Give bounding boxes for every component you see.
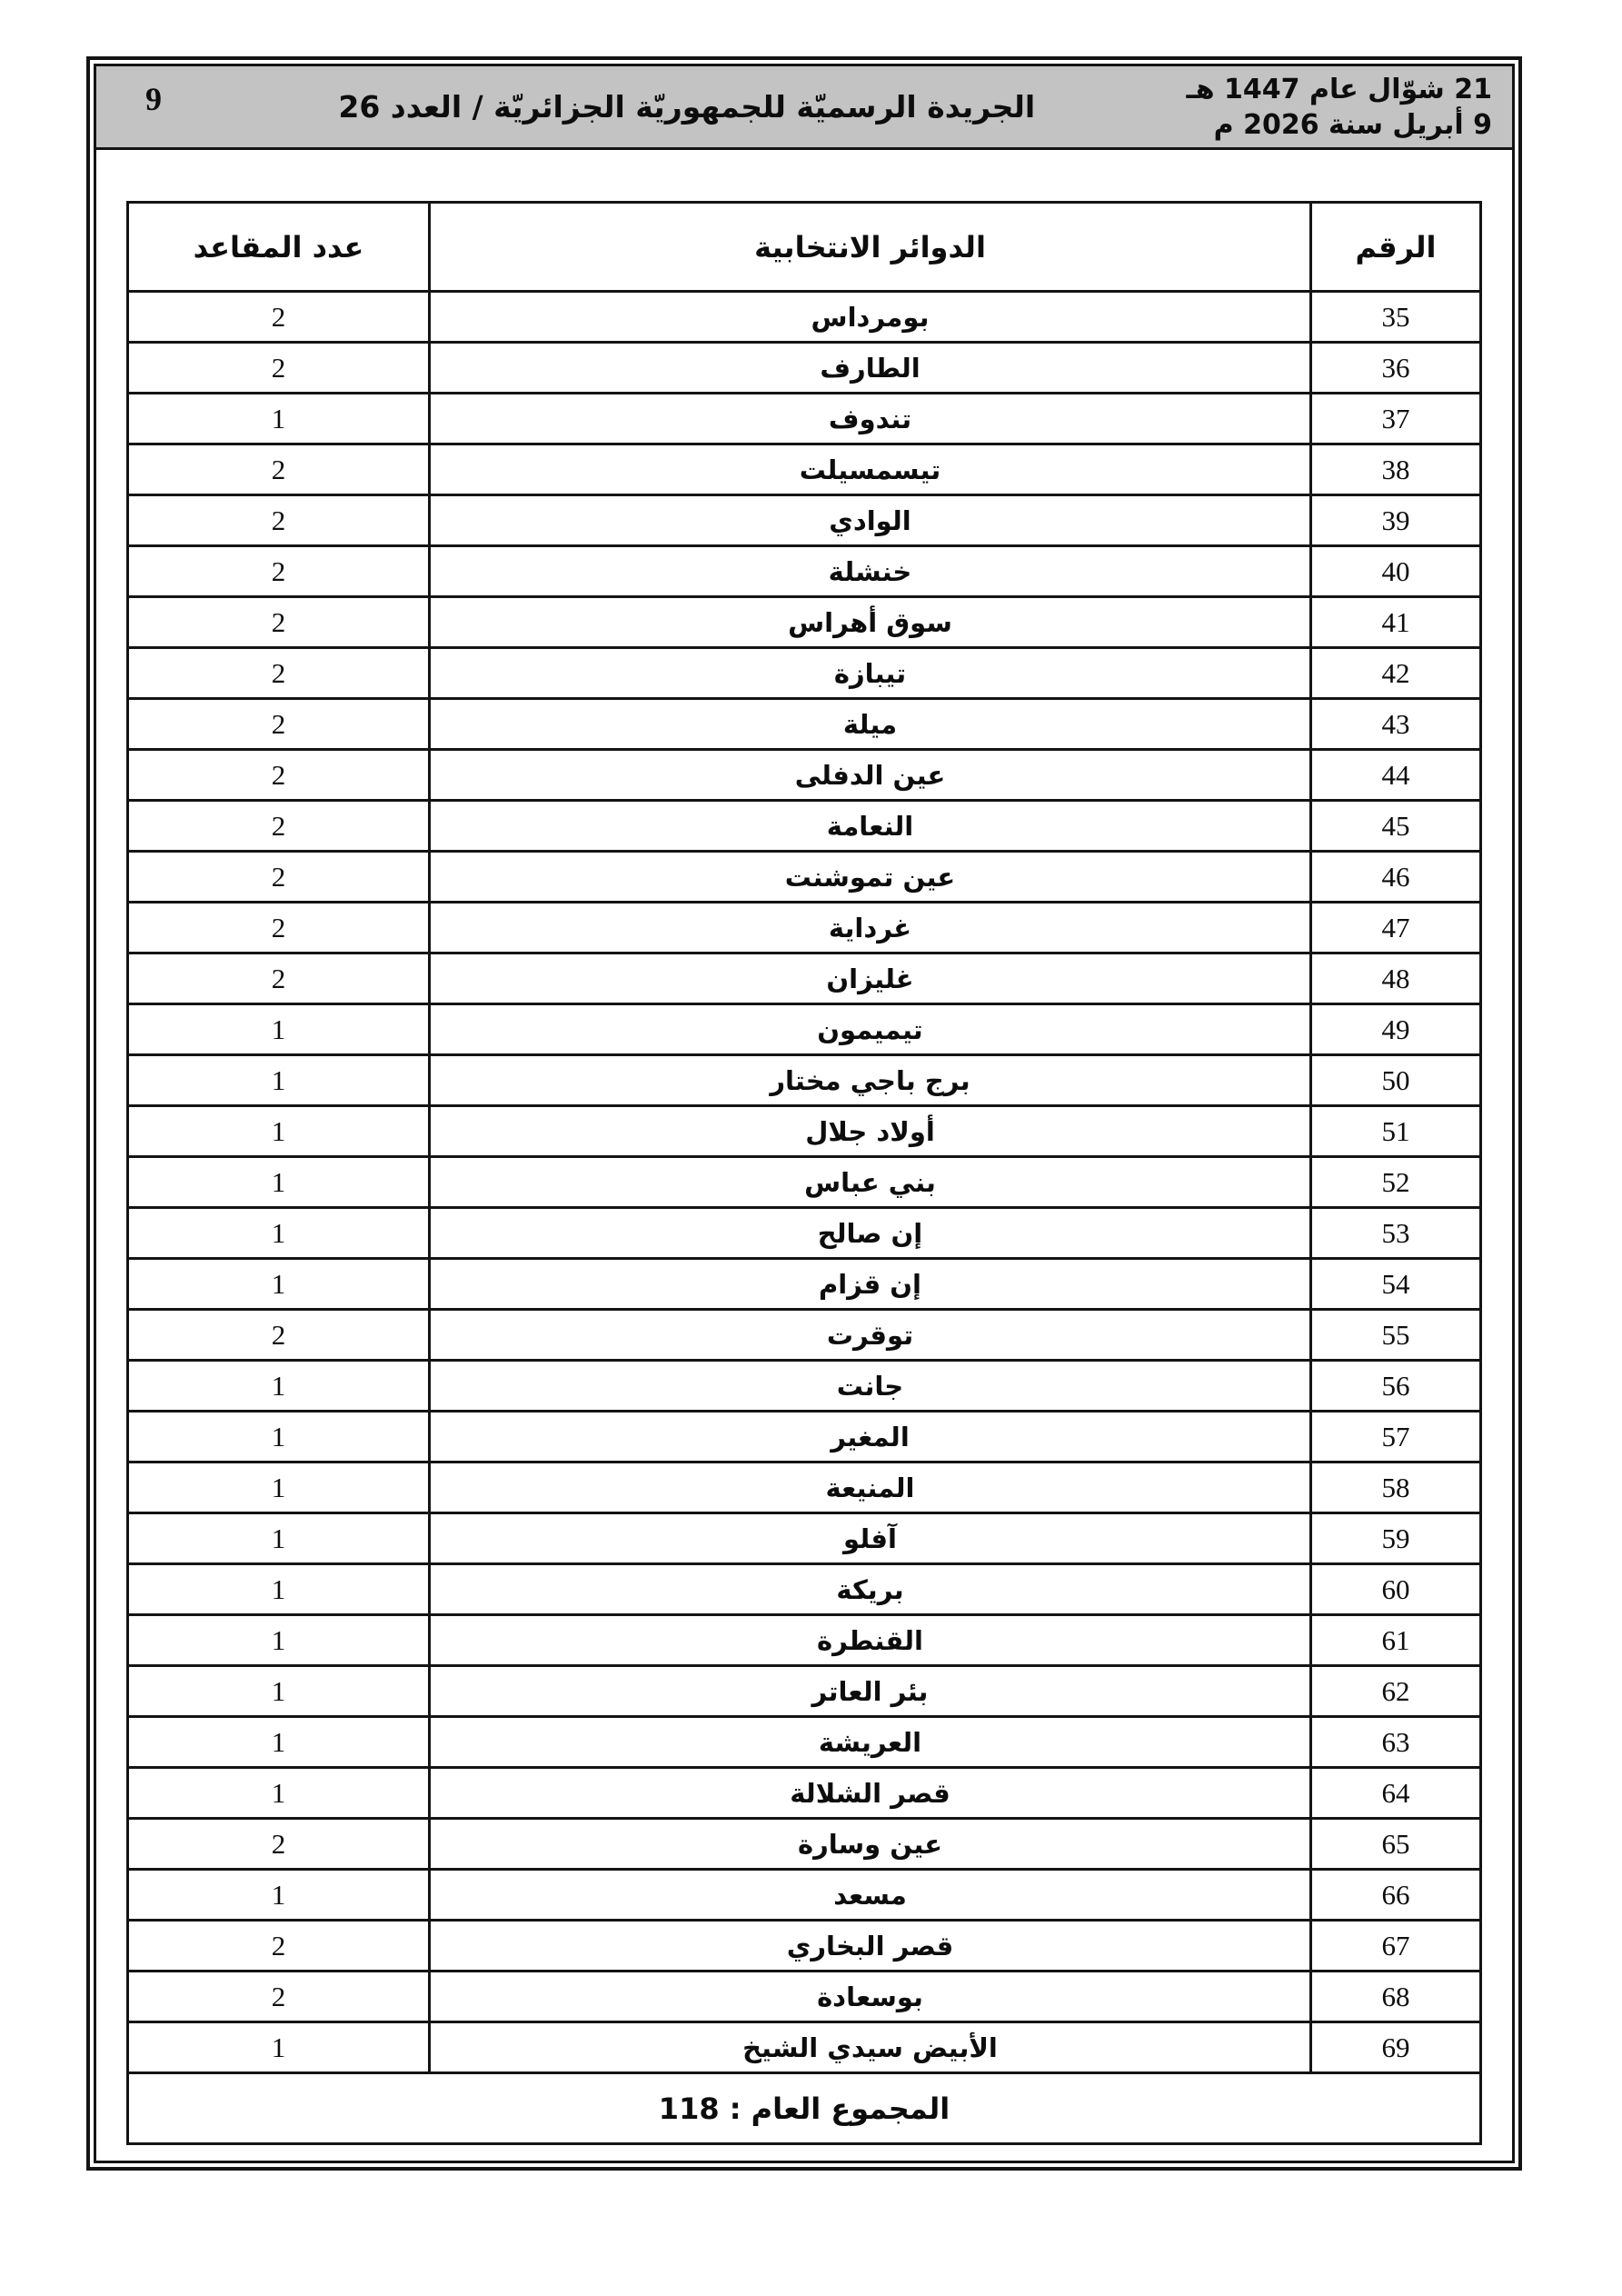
district-name-cell: برج باجي مختار (430, 1055, 1311, 1106)
district-name-cell: القنطرة (430, 1615, 1311, 1666)
table-row: 42 تيبازة 2 (128, 648, 1481, 699)
seat-count-cell: 2 (128, 343, 430, 394)
district-name-cell: المنيعة (430, 1462, 1311, 1513)
district-number-cell: 57 (1311, 1412, 1481, 1462)
header-district: الدوائر الانتخابية (430, 203, 1311, 292)
table-row: 46 عين تموشنت 2 (128, 852, 1481, 903)
seat-count-cell: 2 (128, 1972, 430, 2022)
gazette-page: 21 شوّال عام 1447 هـ 9 أبريل سنة 2026 م … (0, 0, 1622, 2296)
district-name-cell: إن صالح (430, 1208, 1311, 1259)
district-name-cell: تيبازة (430, 648, 1311, 699)
seat-count-cell: 1 (128, 1004, 430, 1055)
seat-count-cell: 1 (128, 1361, 430, 1412)
district-number-cell: 42 (1311, 648, 1481, 699)
district-name-cell: بومرداس (430, 292, 1311, 343)
district-name-cell: قصر البخاري (430, 1921, 1311, 1972)
district-number-cell: 56 (1311, 1361, 1481, 1412)
table-foot: المجموع العام : 118 (128, 2073, 1481, 2144)
page-double-border-frame: 21 شوّال عام 1447 هـ 9 أبريل سنة 2026 م … (86, 56, 1522, 2171)
district-name-cell: الأبيض سيدي الشيخ (430, 2022, 1311, 2073)
masthead-dates: 21 شوّال عام 1447 هـ 9 أبريل سنة 2026 م (1187, 72, 1499, 143)
district-number-cell: 35 (1311, 292, 1481, 343)
district-name-cell: عين وسارة (430, 1819, 1311, 1870)
seat-count-cell: 1 (128, 1208, 430, 1259)
masthead-band: 21 شوّال عام 1447 هـ 9 أبريل سنة 2026 م … (96, 66, 1512, 150)
table-row: 69 الأبيض سيدي الشيخ 1 (128, 2022, 1481, 2073)
table-row: 55 توقرت 2 (128, 1310, 1481, 1361)
seat-count-cell: 1 (128, 1717, 430, 1768)
seat-count-cell: 2 (128, 495, 430, 546)
table-row: 56 جانت 1 (128, 1361, 1481, 1412)
table-row: 38 تيسمسيلت 2 (128, 444, 1481, 495)
district-number-cell: 51 (1311, 1106, 1481, 1157)
district-name-cell: آفلو (430, 1513, 1311, 1564)
district-number-cell: 55 (1311, 1310, 1481, 1361)
district-number-cell: 53 (1311, 1208, 1481, 1259)
seat-count-cell: 1 (128, 1462, 430, 1513)
seat-count-cell: 1 (128, 1768, 430, 1819)
district-number-cell: 69 (1311, 2022, 1481, 2073)
district-name-cell: تندوف (430, 394, 1311, 444)
table-row: 52 بني عباس 1 (128, 1157, 1481, 1208)
district-number-cell: 36 (1311, 343, 1481, 394)
district-name-cell: جانت (430, 1361, 1311, 1412)
seat-count-cell: 2 (128, 1921, 430, 1972)
district-number-cell: 67 (1311, 1921, 1481, 1972)
seat-count-cell: 2 (128, 750, 430, 801)
district-number-cell: 43 (1311, 699, 1481, 750)
district-number-cell: 66 (1311, 1870, 1481, 1921)
district-number-cell: 58 (1311, 1462, 1481, 1513)
seat-count-cell: 2 (128, 903, 430, 953)
seat-count-cell: 1 (128, 1055, 430, 1106)
district-number-cell: 40 (1311, 546, 1481, 597)
district-name-cell: ميلة (430, 699, 1311, 750)
seat-count-cell: 2 (128, 546, 430, 597)
table-row: 57 المغير 1 (128, 1412, 1481, 1462)
table-row: 59 آفلو 1 (128, 1513, 1481, 1564)
table-row: 53 إن صالح 1 (128, 1208, 1481, 1259)
table-row: 50 برج باجي مختار 1 (128, 1055, 1481, 1106)
seat-count-cell: 1 (128, 1564, 430, 1615)
district-number-cell: 50 (1311, 1055, 1481, 1106)
page-inner-border: 21 شوّال عام 1447 هـ 9 أبريل سنة 2026 م … (94, 64, 1515, 2163)
table-row: 58 المنيعة 1 (128, 1462, 1481, 1513)
district-name-cell: خنشلة (430, 546, 1311, 597)
gazette-title: الجريدة الرسميّة للجمهوريّة الجزائريّة /… (187, 89, 1187, 125)
electoral-districts-table: الرقم الدوائر الانتخابية عدد المقاعد 35 … (126, 201, 1482, 2145)
table-row: 63 العريشة 1 (128, 1717, 1481, 1768)
district-number-cell: 38 (1311, 444, 1481, 495)
table-row: 47 غرداية 2 (128, 903, 1481, 953)
district-name-cell: سوق أهراس (430, 597, 1311, 648)
district-number-cell: 48 (1311, 953, 1481, 1004)
table-row: 45 النعامة 2 (128, 801, 1481, 852)
district-name-cell: تيسمسيلت (430, 444, 1311, 495)
district-name-cell: عين تموشنت (430, 852, 1311, 903)
table-row: 64 قصر الشلالة 1 (128, 1768, 1481, 1819)
district-number-cell: 37 (1311, 394, 1481, 444)
table-row: 41 سوق أهراس 2 (128, 597, 1481, 648)
table-row: 48 غليزان 2 (128, 953, 1481, 1004)
district-name-cell: بني عباس (430, 1157, 1311, 1208)
district-name-cell: العريشة (430, 1717, 1311, 1768)
table-row: 65 عين وسارة 2 (128, 1819, 1481, 1870)
district-number-cell: 41 (1311, 597, 1481, 648)
seat-count-cell: 1 (128, 2022, 430, 2073)
total-row: المجموع العام : 118 (128, 2073, 1481, 2144)
seat-count-cell: 2 (128, 1310, 430, 1361)
table-head: الرقم الدوائر الانتخابية عدد المقاعد (128, 203, 1481, 292)
district-number-cell: 65 (1311, 1819, 1481, 1870)
grand-total-cell: المجموع العام : 118 (128, 2073, 1481, 2144)
table-row: 39 الوادي 2 (128, 495, 1481, 546)
district-number-cell: 47 (1311, 903, 1481, 953)
seat-count-cell: 2 (128, 648, 430, 699)
district-number-cell: 68 (1311, 1972, 1481, 2022)
table-body: 35 بومرداس 2 36 الطارف 2 37 تندوف 1 38 ت… (128, 292, 1481, 2073)
seat-count-cell: 2 (128, 444, 430, 495)
district-name-cell: قصر الشلالة (430, 1768, 1311, 1819)
table-row: 62 بئر العاتر 1 (128, 1666, 1481, 1717)
seat-count-cell: 2 (128, 852, 430, 903)
district-number-cell: 45 (1311, 801, 1481, 852)
date-hijri: 21 شوّال عام 1447 هـ (1187, 72, 1492, 107)
district-name-cell: عين الدفلى (430, 750, 1311, 801)
seat-count-cell: 2 (128, 597, 430, 648)
page-number: 9 (109, 80, 187, 135)
district-number-cell: 46 (1311, 852, 1481, 903)
district-number-cell: 60 (1311, 1564, 1481, 1615)
seat-count-cell: 1 (128, 1157, 430, 1208)
district-name-cell: الطارف (430, 343, 1311, 394)
seat-count-cell: 1 (128, 1870, 430, 1921)
district-number-cell: 49 (1311, 1004, 1481, 1055)
district-name-cell: تيميمون (430, 1004, 1311, 1055)
district-name-cell: بريكة (430, 1564, 1311, 1615)
table-row: 60 بريكة 1 (128, 1564, 1481, 1615)
district-name-cell: مسعد (430, 1870, 1311, 1921)
district-number-cell: 52 (1311, 1157, 1481, 1208)
table-row: 37 تندوف 1 (128, 394, 1481, 444)
table-header-row: الرقم الدوائر الانتخابية عدد المقاعد (128, 203, 1481, 292)
table-row: 67 قصر البخاري 2 (128, 1921, 1481, 1972)
table-row: 49 تيميمون 1 (128, 1004, 1481, 1055)
seat-count-cell: 1 (128, 1513, 430, 1564)
seat-count-cell: 2 (128, 292, 430, 343)
seat-count-cell: 2 (128, 699, 430, 750)
district-name-cell: المغير (430, 1412, 1311, 1462)
table-row: 35 بومرداس 2 (128, 292, 1481, 343)
district-name-cell: توقرت (430, 1310, 1311, 1361)
table-row: 36 الطارف 2 (128, 343, 1481, 394)
seat-count-cell: 2 (128, 953, 430, 1004)
district-name-cell: بوسعادة (430, 1972, 1311, 2022)
district-number-cell: 63 (1311, 1717, 1481, 1768)
table-row: 66 مسعد 1 (128, 1870, 1481, 1921)
header-number: الرقم (1311, 203, 1481, 292)
seat-count-cell: 1 (128, 1259, 430, 1310)
district-name-cell: غرداية (430, 903, 1311, 953)
district-number-cell: 62 (1311, 1666, 1481, 1717)
table-row: 44 عين الدفلى 2 (128, 750, 1481, 801)
district-number-cell: 64 (1311, 1768, 1481, 1819)
district-name-cell: الوادي (430, 495, 1311, 546)
seat-count-cell: 1 (128, 1412, 430, 1462)
table-row: 68 بوسعادة 2 (128, 1972, 1481, 2022)
district-name-cell: أولاد جلال (430, 1106, 1311, 1157)
district-number-cell: 59 (1311, 1513, 1481, 1564)
district-name-cell: النعامة (430, 801, 1311, 852)
table-row: 54 إن قزام 1 (128, 1259, 1481, 1310)
seat-count-cell: 1 (128, 394, 430, 444)
district-number-cell: 39 (1311, 495, 1481, 546)
table-row: 43 ميلة 2 (128, 699, 1481, 750)
seat-count-cell: 2 (128, 1819, 430, 1870)
table-row: 40 خنشلة 2 (128, 546, 1481, 597)
district-number-cell: 54 (1311, 1259, 1481, 1310)
district-name-cell: غليزان (430, 953, 1311, 1004)
district-name-cell: إن قزام (430, 1259, 1311, 1310)
seat-count-cell: 1 (128, 1615, 430, 1666)
seat-count-cell: 1 (128, 1666, 430, 1717)
district-number-cell: 61 (1311, 1615, 1481, 1666)
table-row: 61 القنطرة 1 (128, 1615, 1481, 1666)
date-gregorian: 9 أبريل سنة 2026 م (1187, 107, 1492, 143)
seat-count-cell: 1 (128, 1106, 430, 1157)
district-name-cell: بئر العاتر (430, 1666, 1311, 1717)
district-number-cell: 44 (1311, 750, 1481, 801)
table-row: 51 أولاد جلال 1 (128, 1106, 1481, 1157)
header-seats: عدد المقاعد (128, 203, 430, 292)
seat-count-cell: 2 (128, 801, 430, 852)
